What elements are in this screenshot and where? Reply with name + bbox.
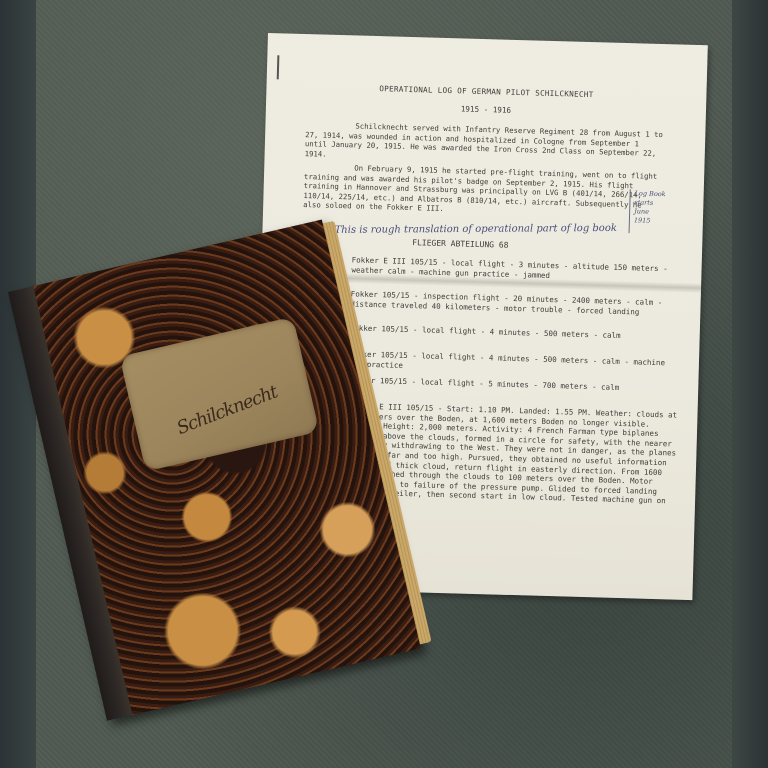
entry-text: Fokker 105/15 - local flight - 4 minutes… — [350, 323, 680, 342]
entry-text: Fokker 105/15 - local flight - 5 minutes… — [348, 375, 678, 394]
handwritten-note: This is rough translation of operational… — [335, 222, 675, 235]
intro-paragraph-2: On February 9, 1915 he started pre-fligh… — [303, 162, 664, 220]
background-edge-right — [730, 0, 768, 768]
paper-mark — [277, 55, 280, 79]
entry-text: Fokker 105/15 - local flight - 4 minutes… — [349, 349, 679, 377]
margin-note: Log Book starts June 1915 — [629, 189, 685, 235]
document-title: OPERATIONAL LOG OF GERMAN PILOT SCHILCKN… — [356, 83, 616, 99]
log-entry: 14.12 Fokker E III 105/15 - local flight… — [302, 254, 682, 265]
margin-note-line: 1915 — [634, 216, 684, 226]
unit-heading: FLIEGER ABTEILUNG 68 — [412, 238, 509, 250]
document-years: 1915 - 1916 — [356, 101, 616, 117]
entry-text: Fokker 105/15 - inspection flight - 20 m… — [350, 289, 680, 317]
label-signature: Schilcknecht — [174, 382, 280, 439]
cover-label: Schilcknecht — [119, 317, 319, 472]
intro-paragraph-1: Schilcknecht served with Infantry Reserv… — [305, 120, 666, 168]
